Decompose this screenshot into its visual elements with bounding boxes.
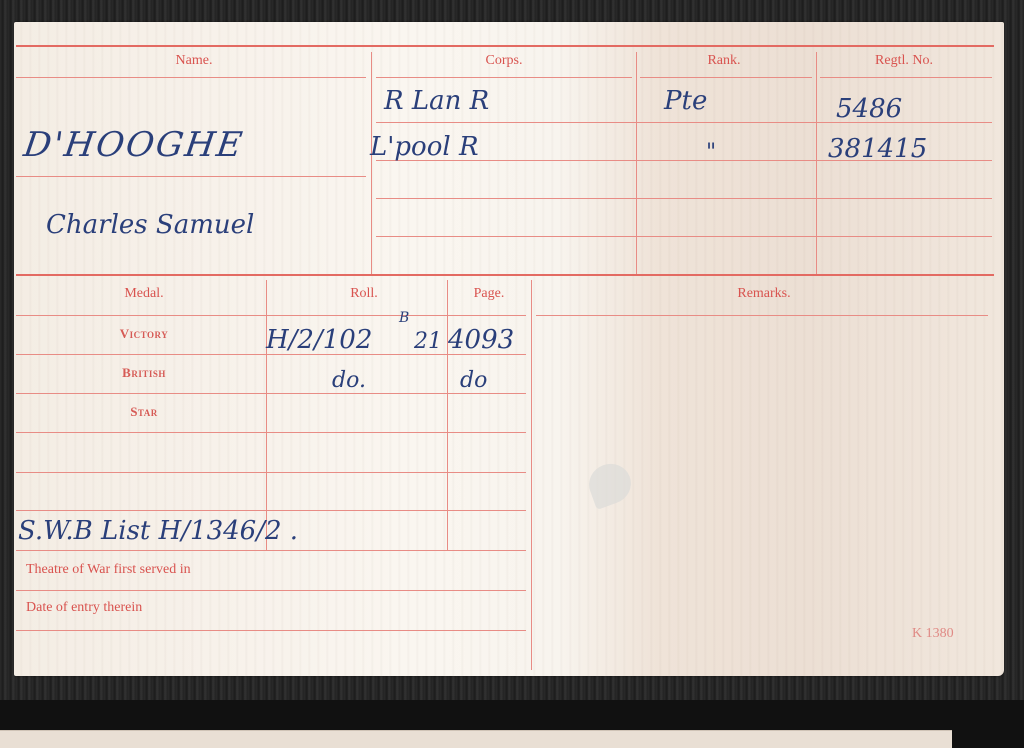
rank-header-rule	[640, 77, 812, 78]
paper-watermark	[583, 458, 636, 510]
regtl-no-entry-2: 381415	[828, 134, 927, 164]
header-remarks: Remarks.	[694, 286, 834, 302]
medal-rule-3	[16, 393, 526, 394]
header-page: Page.	[454, 286, 524, 302]
header-medal: Medal.	[84, 286, 204, 302]
header-rank: Rank.	[664, 53, 784, 69]
medal-rule-5	[16, 472, 526, 473]
name-mid-rule	[16, 176, 366, 177]
medal-rule-4	[16, 432, 526, 433]
date-of-entry-label: Date of entry therein	[26, 600, 142, 616]
medal-british-label: British	[84, 365, 204, 381]
corps-entry-2: L'pool R	[370, 132, 479, 162]
victory-roll-sup: B	[399, 310, 409, 326]
top-rule	[16, 45, 994, 47]
next-card-edge	[0, 730, 952, 748]
victory-page: 4093	[448, 325, 514, 355]
name-header-rule	[16, 77, 366, 78]
divider-page-remarks	[531, 280, 532, 670]
swb-list-note: S.W.B List H/1346/2 .	[18, 516, 298, 546]
rank-entry-1: Pte	[664, 86, 707, 116]
medal-index-card: Name. Corps. Rank. Regtl. No. D'HOOGHE C…	[14, 22, 1004, 676]
divider-rank-regtl	[816, 52, 817, 274]
forenames: Charles Samuel	[46, 210, 254, 240]
british-page: do	[460, 368, 487, 393]
medal-rule-8	[16, 590, 526, 591]
row-rule-3	[376, 198, 992, 199]
medal-rule-1	[16, 315, 526, 316]
header-corps: Corps.	[444, 53, 564, 69]
medal-star-label: Star	[84, 404, 204, 420]
victory-roll: H/2/102	[266, 325, 372, 355]
form-number: K 1380	[912, 626, 954, 642]
rank-entry-2: "	[706, 140, 716, 165]
medal-rule-6	[16, 510, 526, 511]
row-rule-4	[376, 236, 992, 237]
medal-victory-label: Victory	[84, 326, 204, 342]
regtl-no-entry-1: 5486	[836, 94, 902, 124]
header-regtl-no: Regtl. No.	[844, 53, 964, 69]
corps-header-rule	[376, 77, 632, 78]
british-roll: do.	[332, 368, 366, 393]
divider-corps-rank	[636, 52, 637, 274]
section-rule	[16, 274, 994, 276]
medal-rule-9	[16, 630, 526, 631]
regtl-header-rule	[820, 77, 992, 78]
surname: D'HOOGHE	[21, 125, 246, 165]
theatre-of-war-label: Theatre of War first served in	[26, 562, 191, 578]
divider-name-corps	[371, 52, 372, 274]
victory-roll-suffix: 21	[414, 329, 442, 354]
medal-rule-7	[16, 550, 526, 551]
header-roll: Roll.	[304, 286, 424, 302]
corps-entry-1: R Lan R	[384, 86, 489, 116]
header-name: Name.	[134, 53, 254, 69]
remarks-header-rule	[536, 315, 988, 316]
